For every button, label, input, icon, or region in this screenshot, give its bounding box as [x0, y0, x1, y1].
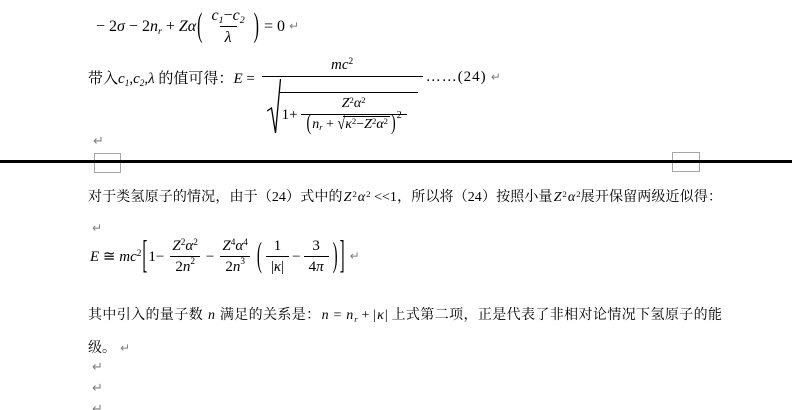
paragraph-mark: ↵	[491, 70, 501, 84]
fraction-c1-c2-over-lambda: c1 − c2 λ	[206, 6, 249, 47]
text-boundary-marker-left	[94, 153, 121, 173]
equation-sigma-condition[interactable]: − 2σ − 2nr + Zα ( c1 − c2 λ ) = 0 ↵	[96, 6, 299, 47]
fraction-3-over-4pi: 3 4π	[304, 237, 329, 276]
f1-denominator: 2n2	[170, 256, 200, 276]
f3-denominator: |κ|	[266, 256, 289, 276]
right-bracket: ]	[339, 233, 346, 280]
inner-numerator-z2a2: Z2α2	[337, 96, 371, 114]
sentence-with-formula-24[interactable]: 带入c1,c2,λ 的值可得： E = mc2 1+ Z2α2 ( nr +	[88, 56, 501, 136]
fraction-denominator: λ	[220, 26, 237, 47]
minus-sign: −	[292, 248, 300, 266]
paragraph-mark: ↵	[289, 19, 299, 33]
e-equals: E =	[233, 70, 258, 88]
paragraph-mark: ↵	[92, 381, 103, 396]
paragraph-mark: ↵	[120, 341, 130, 355]
f2-denominator: 2n3	[220, 256, 250, 276]
paragraph-mark: ↵	[350, 249, 360, 263]
paragraph-mark: ↵	[92, 221, 102, 235]
radicand: 1+ Z2α2 ( nr + √ κ2 − Z2α2 ) 2	[279, 92, 418, 136]
fraction-denominator-sqrt: 1+ Z2α2 ( nr + √ κ2 − Z2α2 ) 2	[262, 76, 423, 136]
f4-numerator: 3	[307, 237, 325, 256]
fraction-numerator: c1 − c2	[206, 6, 249, 26]
f3-numerator: 1	[269, 237, 287, 256]
eq1-lead: − 2σ − 2nr + Zα	[96, 17, 196, 36]
inner-fraction: Z2α2 ( nr + √ κ2 − Z2α2 ) 2	[301, 96, 407, 134]
paragraph-quantum-number-relation[interactable]: 其中引入的量子数 n 满足的关系是：n = nr + |κ| 上式第二项，正是代…	[88, 299, 722, 365]
f2-numerator: Z4α4	[217, 237, 253, 256]
left-paren: (	[306, 112, 313, 138]
f4-denominator: 4π	[304, 256, 329, 276]
inner-denominator: ( nr + √ κ2 − Z2α2 ) 2	[301, 114, 407, 134]
left-paren: (	[196, 7, 203, 47]
paragraph-1-text: 对于类氢原子的情况，由于（24）式中的Z2α2 <<1，所以将（24）按照小量Z…	[88, 190, 722, 205]
fraction-numerator-mc2: mc2	[326, 56, 358, 76]
radical-sign-icon: √	[338, 116, 346, 134]
big-square-root: 1+ Z2α2 ( nr + √ κ2 − Z2α2 ) 2	[267, 78, 418, 136]
fraction-z2a2-over-2n2: Z2α2 2n2	[167, 237, 203, 276]
denominator-power: 2	[397, 111, 402, 121]
word-document-page[interactable]: { "meta": { "pilcrow": "↵", "bg": "#ffff…	[0, 0, 792, 410]
one-minus: 1−	[148, 248, 164, 266]
right-paren: )	[332, 236, 339, 277]
paragraph-mark: ↵	[92, 360, 103, 375]
left-paren: (	[256, 236, 263, 277]
small-square-root: √ κ2 − Z2α2	[338, 116, 391, 134]
equation-number-24: ……(24)	[426, 68, 487, 86]
nr-plus: nr +	[312, 117, 337, 134]
fraction-energy-24: mc2 1+ Z2α2 ( nr + √ κ2 − Z2	[262, 56, 423, 136]
left-bracket: [	[141, 233, 148, 280]
paragraph-2-text: 其中引入的量子数 n 满足的关系是：n = nr + |κ| 上式第二项，正是代…	[88, 308, 722, 356]
fraction-1-over-abs-kappa: 1 |κ|	[266, 237, 289, 276]
paragraph-hydrogen-like-expansion[interactable]: 对于类氢原子的情况，由于（24）式中的Z2α2 <<1，所以将（24）按照小量Z…	[88, 182, 722, 244]
paragraph-mark: ↵	[92, 402, 103, 410]
paragraph-mark: ↵	[93, 134, 104, 149]
eq1-tail: = 0	[260, 17, 285, 36]
minus-sign: −	[206, 248, 214, 266]
f1-numerator: Z2α2	[167, 237, 203, 256]
fraction-z4a4-over-2n3: Z4α4 2n3	[217, 237, 253, 276]
one-plus: 1+	[282, 106, 298, 124]
intro-text: 带入c1,c2,λ 的值可得：	[88, 70, 233, 88]
eq2-lead: E ≅ mc2	[90, 248, 141, 266]
right-paren: )	[253, 7, 260, 47]
right-paren: )	[390, 112, 397, 138]
page-break-line	[0, 160, 792, 163]
small-radicand: κ2 − Z2α2	[343, 116, 390, 134]
equation-energy-expansion[interactable]: E ≅ mc2 [ 1− Z2α2 2n2 − Z4α4 2n3 ( 1 |κ|…	[90, 237, 360, 276]
